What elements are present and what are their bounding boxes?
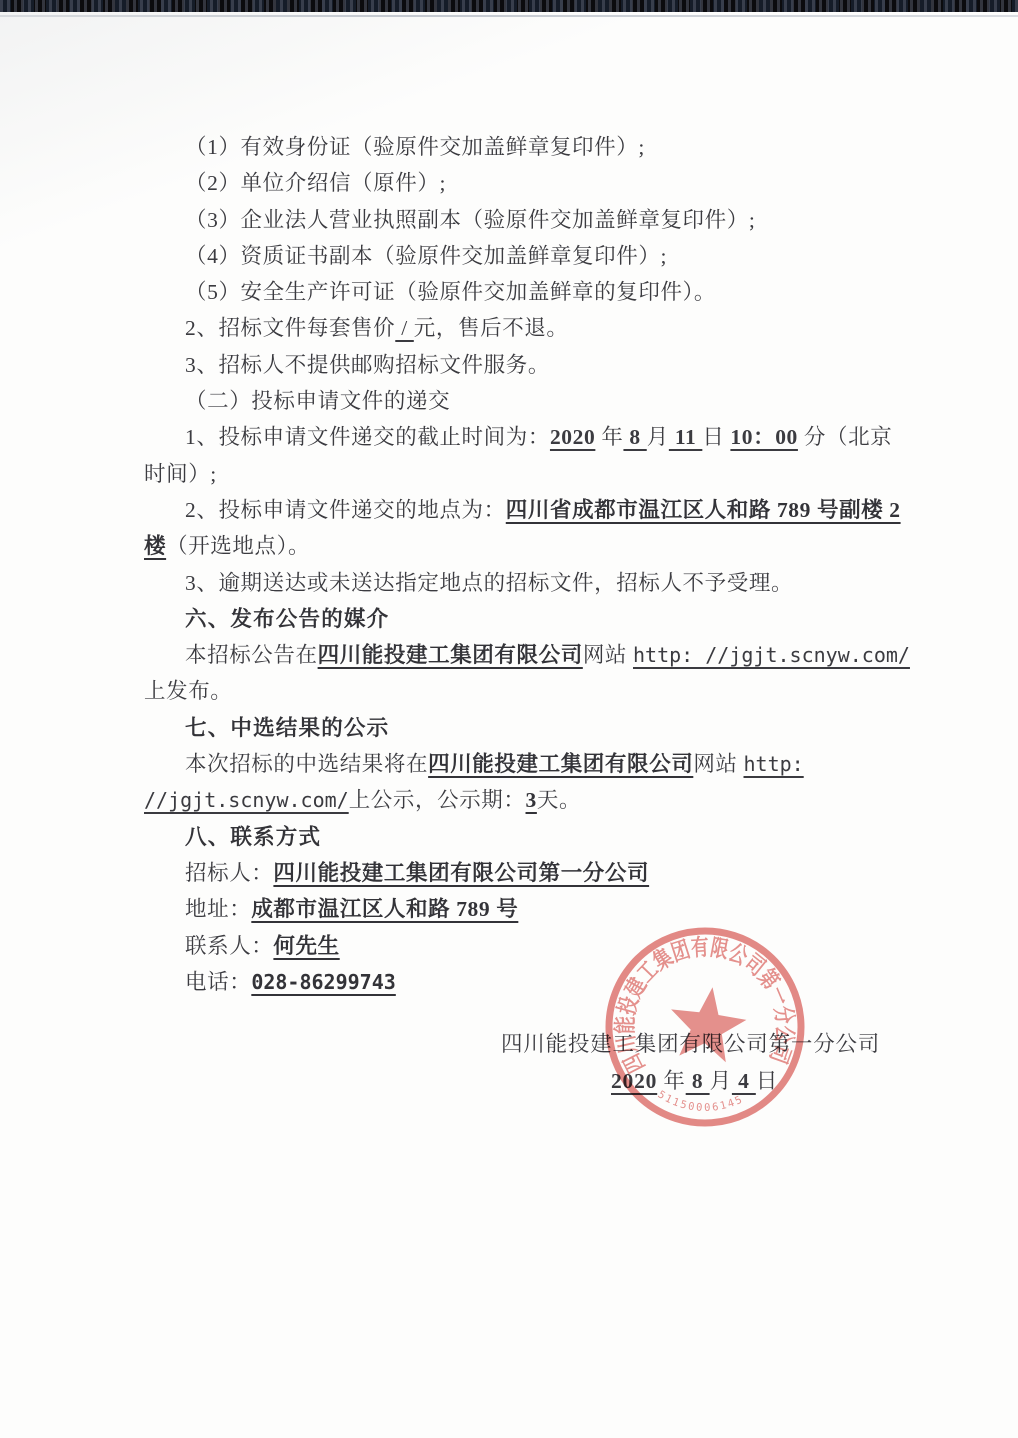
item-text: （2）单位介绍信（原件）; xyxy=(185,171,446,195)
location-wrap-post: （开选地点）。 xyxy=(166,534,310,558)
price-value: / xyxy=(395,316,414,340)
address-label: 地址： xyxy=(185,897,251,921)
document-body: （1）有效身份证（验原件交加盖鲜章复印件）; （2）单位介绍信（原件）; （3）… xyxy=(144,129,896,1000)
sig-month-label: 月 xyxy=(710,1069,732,1093)
s6-company: 四川能投建工集团有限公司 xyxy=(318,643,583,667)
deadline-line: 1、投标申请文件递交的截止时间为：2020 年 8 月 11 日 10：00 分… xyxy=(144,419,896,455)
s7-company: 四川能投建工集团有限公司 xyxy=(428,752,693,776)
s7-url-part1: http: xyxy=(744,752,804,776)
year-label: 年 xyxy=(595,425,623,449)
s6-pre: 本招标公告在 xyxy=(185,643,318,667)
price-line: 2、招标文件每套售价 / 元，售后不退。 xyxy=(144,310,896,346)
late-delivery-line: 3、逾期送达或未送达指定地点的招标文件，招标人不予受理。 xyxy=(144,565,896,601)
requirement-item-1: （1）有效身份证（验原件交加盖鲜章复印件）; xyxy=(144,129,896,165)
address-line: 地址：成都市温江区人和路 789 号 xyxy=(144,891,896,927)
location-wrap-line: 楼（开选地点）。 xyxy=(144,528,896,564)
section6-body: 本招标公告在四川能投建工集团有限公司网站 http: //jgjt.scnyw.… xyxy=(144,637,896,673)
section7-body: 本次招标的中选结果将在四川能投建工集团有限公司网站 http: xyxy=(144,746,896,782)
sig-day: 4 xyxy=(732,1069,756,1093)
deadline-day: 11 xyxy=(669,425,702,449)
day-label: 日 xyxy=(702,425,730,449)
section6-wrap-line: 上发布。 xyxy=(144,673,896,709)
section6-heading: 六、发布公告的媒介 xyxy=(144,601,896,637)
contact-line: 联系人：何先生 xyxy=(144,928,896,964)
phone-line: 电话：028-86299743 xyxy=(144,964,896,1000)
deadline-wrap-line: 时间）; xyxy=(144,456,896,492)
sig-year-label: 年 xyxy=(657,1069,685,1093)
location-value: 四川省成都市温江区人和路 789 号副楼 2 xyxy=(506,498,901,522)
s7-pre: 本次招标的中选结果将在 xyxy=(185,752,428,776)
deadline-year: 2020 xyxy=(550,425,595,449)
scanned-document-page: （1）有效身份证（验原件交加盖鲜章复印件）; （2）单位介绍信（原件）; （3）… xyxy=(0,0,1018,1438)
item-text: （5）安全生产许可证（验原件交加盖鲜章的复印件）。 xyxy=(185,280,716,304)
phone-label: 电话： xyxy=(185,970,251,994)
section7-heading: 七、中选结果的公示 xyxy=(144,710,896,746)
deadline-post: 分（北京 xyxy=(798,425,892,449)
s6-url: http: //jgjt.scnyw.com/ xyxy=(633,643,910,667)
address-value: 成都市温江区人和路 789 号 xyxy=(251,897,518,921)
contact-value: 何先生 xyxy=(273,934,339,958)
item-text: （3）企业法人营业执照副本（验原件交加盖鲜章复印件）; xyxy=(185,208,755,232)
sig-month: 8 xyxy=(686,1069,710,1093)
s7-site-label: 网站 xyxy=(693,752,743,776)
section7-wrap-line: //jgjt.scnyw.com/上公示，公示期：3天。 xyxy=(144,782,896,818)
requirement-item-4: （4）资质证书副本（验原件交加盖鲜章复印件）; xyxy=(144,238,896,274)
month-label: 月 xyxy=(647,425,669,449)
deadline-month: 8 xyxy=(623,425,646,449)
item-text: （1）有效身份证（验原件交加盖鲜章复印件）; xyxy=(185,135,645,159)
phone-value: 028-86299743 xyxy=(251,970,396,994)
location-line: 2、投标申请文件递交的地点为：四川省成都市温江区人和路 789 号副楼 2 xyxy=(144,492,896,528)
signature-date: 2020 年 8 月 4 日 xyxy=(611,1064,778,1095)
location-wrap-value: 楼 xyxy=(144,534,166,558)
price-pre: 2、招标文件每套售价 xyxy=(185,316,395,340)
section8-heading: 八、联系方式 xyxy=(144,819,896,855)
scanner-edge-line xyxy=(0,15,1018,17)
sig-day-label: 日 xyxy=(756,1069,778,1093)
no-mail-line: 3、招标人不提供邮购招标文件服务。 xyxy=(144,347,896,383)
requirement-item-3: （3）企业法人营业执照副本（验原件交加盖鲜章复印件）; xyxy=(144,202,896,238)
s7-days: 3 xyxy=(526,788,537,812)
s7-post: 天。 xyxy=(537,788,581,812)
item-text: （4）资质证书副本（验原件交加盖鲜章复印件）; xyxy=(185,244,667,268)
scanner-edge-band xyxy=(0,0,1018,12)
requirement-item-5: （5）安全生产许可证（验原件交加盖鲜章的复印件）。 xyxy=(144,274,896,310)
signature-company: 四川能投建工集团有限公司第一分公司 xyxy=(501,1027,880,1058)
bidder-value: 四川能投建工集团有限公司第一分公司 xyxy=(273,861,649,885)
bidder-line: 招标人：四川能投建工集团有限公司第一分公司 xyxy=(144,855,896,891)
sig-year: 2020 xyxy=(611,1069,657,1093)
bidder-label: 招标人： xyxy=(185,861,273,885)
requirement-item-2: （2）单位介绍信（原件）; xyxy=(144,165,896,201)
contact-label: 联系人： xyxy=(185,934,273,958)
deadline-time: 10：00 xyxy=(730,425,798,449)
location-pre: 2、投标申请文件递交的地点为： xyxy=(185,498,506,522)
s7-mid: 上公示，公示期： xyxy=(349,788,526,812)
deadline-pre: 1、投标申请文件递交的截止时间为： xyxy=(185,425,550,449)
s7-url-part2: //jgjt.scnyw.com/ xyxy=(144,788,349,812)
s6-site-label: 网站 xyxy=(583,643,633,667)
section2-heading: （二）投标申请文件的递交 xyxy=(144,383,896,419)
price-post: 元，售后不退。 xyxy=(414,316,569,340)
